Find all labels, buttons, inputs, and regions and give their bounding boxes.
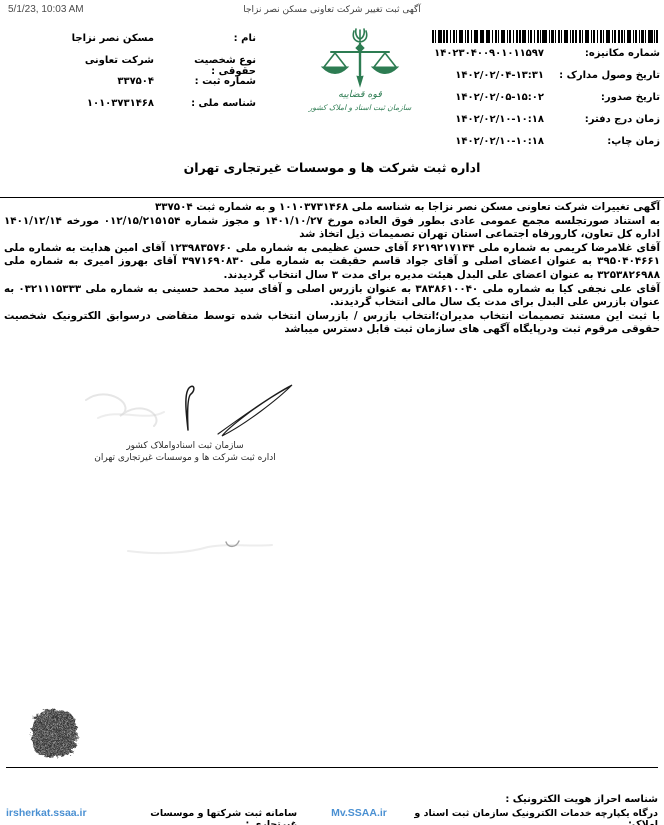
registry-label: سامانه ثبت شرکتها و موسسات غیرتجاری : xyxy=(119,808,298,825)
entity-row-national-id: شناسه ملی : ۱۰۱۰۳۷۳۱۴۶۸ xyxy=(4,98,256,120)
entity-label: نوع شخصیت حقوقی : xyxy=(154,55,256,77)
signature-org-line2: اداره ثبت شرکت ها و موسسات غیرتجاری تهرا… xyxy=(68,453,302,465)
document-meta-block: شماره مکانیزه: ۱۴۰۲۳۰۴۰۰۹۰۱۰۱۱۵۹۷ تاریخ … xyxy=(422,48,660,158)
entity-row-name: نام : مسکن نصر نزاجا xyxy=(4,33,256,55)
meta-value: ۱۴۰۲/۰۲/۱۰-۱۰:۱۸ xyxy=(422,136,544,147)
logo-caption-line1: قوه قضاییه xyxy=(338,89,382,100)
body-paragraph: به استناد صورتجلسه مجمع عمومی عادی بطور … xyxy=(4,215,660,242)
signature-icon xyxy=(68,378,302,446)
meta-row-issue-date: تاریخ صدور: ۱۴۰۲/۰۲/۰۵-۱۵:۰۲ xyxy=(422,92,660,114)
entity-label: شناسه ملی : xyxy=(154,98,256,109)
body-paragraph: با ثبت این مستند تصمیمات انتخاب مدیران؛ا… xyxy=(4,310,660,337)
ink-stamp-icon xyxy=(24,705,84,763)
entity-row-legal-type: نوع شخصیت حقوقی : شرکت تعاونی xyxy=(4,55,256,77)
body-paragraph: آقای علی نجفی کیا به شماره ملی ۳۸۳۸۶۱۰۰۴… xyxy=(4,283,660,310)
meta-row-docs-received-date: تاریخ وصول مدارک : ۱۴۰۲/۰۲/۰۴-۱۳:۳۱ xyxy=(422,70,660,92)
meta-value: ۱۴۰۲/۰۲/۰۵-۱۵:۰۲ xyxy=(422,92,544,103)
meta-label: زمان درج دفتر: xyxy=(544,114,660,125)
entity-row-registration-number: شماره ثبت : ۳۳۷۵۰۴ xyxy=(4,76,256,98)
announcement-headline: آگهی تغییرات شرکت تعاونی مسکن نصر نزاجا … xyxy=(4,201,660,215)
print-timestamp: 5/1/23, 10:03 AM xyxy=(8,4,84,15)
electronic-auth-label: شناسه احراز هویت الکترونیک : xyxy=(505,794,658,805)
announcement-body: آگهی تغییرات شرکت تعاونی مسکن نصر نزاجا … xyxy=(4,201,660,337)
meta-label: زمان چاپ: xyxy=(544,136,660,147)
entity-value: ۳۳۷۵۰۴ xyxy=(4,76,154,87)
logo-caption-line2: سازمان ثبت اسناد و املاک کشور xyxy=(308,103,412,112)
portal-label: درگاه یکپارچه خدمات الکترونیک سازمان ثبت… xyxy=(413,808,658,825)
entity-value: شرکت تعاونی xyxy=(4,55,154,66)
meta-row-print-time: زمان چاپ: ۱۴۰۲/۰۲/۱۰-۱۰:۱۸ xyxy=(422,136,660,158)
judiciary-scales-logo-icon: قوه قضاییه سازمان ثبت اسناد و املاک کشور xyxy=(305,27,415,117)
meta-label: تاریخ وصول مدارک : xyxy=(544,70,660,81)
registry-link[interactable]: irsherkat.ssaa.ir xyxy=(6,807,87,819)
signature-org-block: سازمان ثبت اسنادواملاک کشور اداره ثبت شر… xyxy=(68,441,302,464)
barcode-icon xyxy=(432,30,660,43)
portal-link[interactable]: Mv.SSAA.ir xyxy=(331,807,387,819)
meta-label: تاریخ صدور: xyxy=(544,92,660,103)
meta-row-ledger-entry-time: زمان درج دفتر: ۱۴۰۲/۰۲/۱۰-۱۰:۱۸ xyxy=(422,114,660,136)
entity-label: شماره ثبت : xyxy=(154,76,256,87)
entity-info-block: نام : مسکن نصر نزاجا نوع شخصیت حقوقی : ش… xyxy=(4,33,256,119)
body-paragraph: آقای غلامرضا کریمی به شماره ملی ۶۲۱۹۲۱۷۱… xyxy=(4,242,660,283)
meta-row-mechanized-number: شماره مکانیزه: ۱۴۰۲۳۰۴۰۰۹۰۱۰۱۱۵۹۷ xyxy=(422,48,660,70)
divider-top xyxy=(0,197,664,198)
entity-value: ۱۰۱۰۳۷۳۱۴۶۸ xyxy=(4,98,154,109)
meta-value: ۱۴۰۲۳۰۴۰۰۹۰۱۰۱۱۵۹۷ xyxy=(422,48,544,59)
faint-mark-icon xyxy=(122,531,278,561)
footer-links-row: درگاه یکپارچه خدمات الکترونیک سازمان ثبت… xyxy=(6,807,658,825)
meta-value: ۱۴۰۲/۰۲/۰۴-۱۳:۳۱ xyxy=(422,70,544,81)
meta-label: شماره مکانیزه: xyxy=(544,48,660,59)
print-preview-page: 5/1/23, 10:03 AM آگهی ثبت تغییر شرکت تعا… xyxy=(0,0,664,825)
print-page-title: آگهی ثبت تغییر شرکت تعاونی مسکن نصر نزاج… xyxy=(120,5,544,15)
office-title: اداره ثبت شرکت ها و موسسات غیرتجاری تهرا… xyxy=(0,160,664,175)
meta-value: ۱۴۰۲/۰۲/۱۰-۱۰:۱۸ xyxy=(422,114,544,125)
entity-label: نام : xyxy=(154,33,256,44)
signature-org-line1: سازمان ثبت اسنادواملاک کشور xyxy=(68,441,302,453)
divider-bottom xyxy=(6,767,658,768)
entity-value: مسکن نصر نزاجا xyxy=(4,33,154,44)
